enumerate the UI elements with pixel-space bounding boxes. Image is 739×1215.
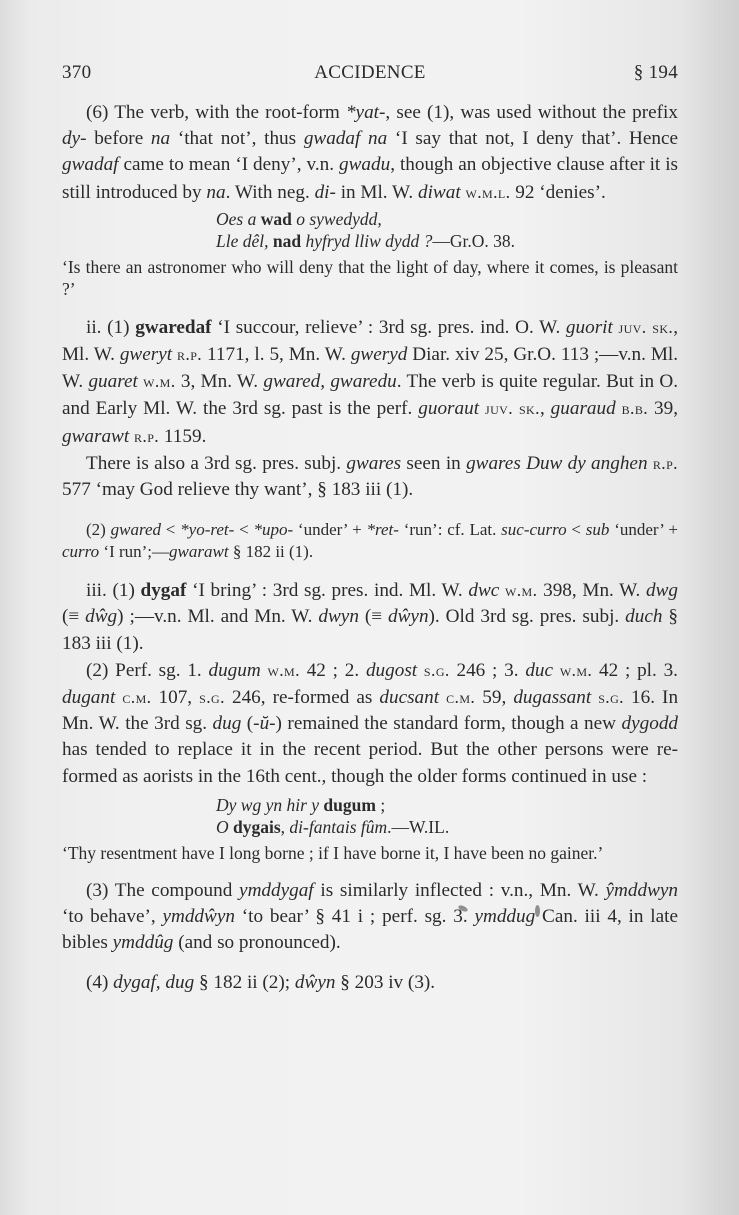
text-run: .—W.IL. <box>387 817 449 837</box>
text-run: 3, Mn. W. <box>176 371 264 392</box>
italic-term: ducsant <box>379 687 439 708</box>
italic-term: gwarawt <box>169 542 229 561</box>
italic-term: *upo- <box>253 520 293 539</box>
source-abbreviation: c.m. <box>439 687 475 707</box>
source-abbreviation: w.m. <box>553 660 592 680</box>
text-run: ‘to bear’ § 41 i ; perf. sg. 3. <box>235 906 475 927</box>
text-run: ‘I run’;— <box>99 542 169 561</box>
italic-term: di- <box>315 182 336 203</box>
text-run: 1159. <box>159 426 206 447</box>
section-iii-paragraph-1: iii. (1) dygaf ‘I bring’ : 3rd sg. pres.… <box>62 577 678 657</box>
italic-term: guoraut <box>418 398 479 419</box>
verse-line: O dygais, di-fantais fûm.—W.IL. <box>216 816 678 838</box>
italic-term: duc <box>525 660 553 681</box>
text-run: (≡ <box>62 606 85 627</box>
text-run: came to mean ‘I deny’, v.n. <box>119 154 339 175</box>
headword: gwaredaf <box>135 317 211 338</box>
verse-translation-2: ‘Thy resentment have I long borne ; if I… <box>62 842 678 864</box>
text-run: (4) <box>86 972 113 993</box>
text-run: (3) The compound <box>86 880 239 901</box>
text-run: < <box>161 520 180 539</box>
page-body: (6) The verb, with the root-form *yat-, … <box>62 100 678 997</box>
text-run: (2) <box>86 520 111 539</box>
italic-term: guaret <box>88 371 137 392</box>
italic-term: dwg <box>646 580 678 601</box>
text-run: . With neg. <box>226 182 315 203</box>
chapter-title: ACCIDENCE <box>62 62 678 84</box>
text-run: 398, Mn. W. <box>537 580 646 601</box>
text-run: 1171, l. 5, Mn. W. <box>202 344 351 365</box>
text-run: —Gr.O. 38. <box>432 231 515 251</box>
source-abbreviation: juv. sk. <box>613 317 673 337</box>
italic-term: ŭ <box>260 713 270 734</box>
italic-term: dygodd <box>622 713 679 734</box>
verse-quotation-2: Dy wg yn hir y dugum ; O dygais, di-fant… <box>216 794 678 838</box>
italic-term: ymddygaf <box>239 880 314 901</box>
italic-term: gwarawt <box>62 426 129 447</box>
text-run: There is also a 3rd sg. pres. subj. <box>86 453 346 474</box>
text-run: ‘I succour, relieve’ : 3rd sg. pres. ind… <box>212 317 566 338</box>
headword: dygais <box>233 817 281 837</box>
text-run: ‘I bring’ : 3rd sg. pres. ind. Ml. W. <box>186 580 468 601</box>
italic-term: gwadaf <box>62 154 119 175</box>
italic-term: ymddŵyn <box>162 906 234 927</box>
headword: dugum <box>323 795 376 815</box>
text-run: § 182 ii (1). <box>229 542 314 561</box>
verse-line: Oes a wad o sywedydd, <box>216 208 678 230</box>
section-iii-paragraph-4: (4) dygaf, dug § 182 ii (2); dŵyn § 203 … <box>62 970 678 996</box>
source-abbreviation: r.p. <box>129 426 159 446</box>
italic-term: gwadu <box>339 154 390 175</box>
italic-term: dwc <box>468 580 499 601</box>
italic-term: dugassant <box>513 687 591 708</box>
verse-quotation-1: Oes a wad o sywedydd, Lle dêl, nad hyfry… <box>216 208 678 252</box>
italic-term: na <box>151 128 170 149</box>
text-run: 42 ; 2. <box>300 660 366 681</box>
text-run: -) remained the standard form, though a … <box>269 713 621 734</box>
text-run: ‘under’ + <box>293 520 366 539</box>
italic-term: dugant <box>62 687 115 708</box>
italic-term: di-fantais fûm <box>289 817 387 837</box>
source-abbreviation: w.m. <box>499 580 537 600</box>
paragraph-6: (6) The verb, with the root-form *yat-, … <box>62 100 678 206</box>
italic-term: *yat- <box>346 102 385 123</box>
text-run: ; <box>376 795 385 815</box>
italic-term: dugost <box>366 660 417 681</box>
text-run: ‘to behave’, <box>62 906 162 927</box>
italic-term: gwared <box>111 520 161 539</box>
italic-term: dŵg <box>85 606 117 627</box>
italic-term: dŵyn <box>295 972 336 993</box>
italic-term: gwadaf na <box>304 128 387 149</box>
source-abbreviation: r.p. <box>648 453 678 473</box>
italic-term: O <box>216 817 233 837</box>
section-ii-paragraph-1: ii. (1) gwaredaf ‘I succour, relieve’ : … <box>62 314 678 450</box>
source-abbreviation: s.g. <box>417 660 450 680</box>
text-run: , <box>540 398 551 419</box>
italic-term: gweryd <box>351 344 408 365</box>
running-head: 370 ACCIDENCE § 194 <box>62 62 678 88</box>
italic-term: guorit <box>566 317 613 338</box>
verse-line: Lle dêl, nad hyfryd lliw dydd ?—Gr.O. 38… <box>216 230 678 252</box>
text-run: ‘run’: cf. Lat. <box>399 520 501 539</box>
text-run: seen in <box>401 453 466 474</box>
italic-term: ymddûg <box>113 932 174 953</box>
italic-term: suc-curro <box>501 520 566 539</box>
italic-term: dy- <box>62 128 87 149</box>
headword: dygaf <box>141 580 187 601</box>
italic-term: hyfryd lliw dydd ? <box>301 231 432 251</box>
italic-term: sub <box>586 520 610 539</box>
text-run: ). Old 3rd sg. pres. subj. <box>429 606 626 627</box>
text-run: 42 ; pl. 3. <box>592 660 678 681</box>
source-abbreviation: r.p. <box>172 344 202 364</box>
italic-term: *yo-ret- <box>180 520 234 539</box>
text-run: , see (1), was used without the prefix <box>385 102 678 123</box>
source-abbreviation: w.m. <box>138 371 176 391</box>
italic-term: *ret- <box>367 520 399 539</box>
text-run: < <box>567 520 586 539</box>
ink-blot <box>535 905 540 917</box>
italic-term: gweryt <box>120 344 172 365</box>
text-run: (- <box>241 713 259 734</box>
section-iii-paragraph-3: (3) The compound ymddygaf is similarly i… <box>62 878 678 957</box>
source-abbreviation: s.g. <box>591 687 624 707</box>
source-abbreviation: s.g. <box>199 687 225 707</box>
italic-term: dwyn <box>318 606 359 627</box>
text-run: has tended to replace it in the recent p… <box>62 739 678 786</box>
text-run: 107, <box>151 687 199 708</box>
italic-term: Oes a <box>216 209 261 229</box>
text-run: ‘under’ + <box>609 520 678 539</box>
text-run: (≡ <box>359 606 388 627</box>
source-abbreviation: b.b. <box>616 398 648 418</box>
italic-term: dugum <box>208 660 260 681</box>
source-abbreviation: c.m. <box>115 687 151 707</box>
text-run: ii. (1) <box>86 317 135 338</box>
text-run: (6) The verb, with the root-form <box>86 102 346 123</box>
text-run: < <box>234 520 253 539</box>
text-run: iii. (1) <box>86 580 141 601</box>
text-run: 92 ‘denies’. <box>510 182 605 203</box>
section-ii-paragraph-2: There is also a 3rd sg. pres. subj. gwar… <box>62 450 678 503</box>
italic-term: Lle dêl, <box>216 231 273 251</box>
text-run: ‘that not’, thus <box>170 128 304 149</box>
section-iii-paragraph-2: (2) Perf. sg. 1. dugum w.m. 42 ; 2. dugo… <box>62 657 678 790</box>
text-run: (2) Perf. sg. 1. <box>86 660 208 681</box>
text-run: ) ;—v.n. Ml. and Mn. W. <box>117 606 318 627</box>
text-run: § 203 iv (3). <box>335 972 435 993</box>
text-run: (and so pronounced). <box>173 932 340 953</box>
verse-line: Dy wg yn hir y dugum ; <box>216 794 678 816</box>
italic-term: ymddug <box>474 906 535 927</box>
italic-term: curro <box>62 542 99 561</box>
text-run: 246, re-formed as <box>225 687 379 708</box>
italic-term: gwared, gwaredu <box>263 371 396 392</box>
italic-term: dygaf, dug <box>113 972 194 993</box>
headword: wad <box>261 209 292 229</box>
text-run: 577 ‘may God relieve thy want’, § 183 ii… <box>62 479 413 500</box>
text-run: § 182 ii (2); <box>194 972 295 993</box>
headword: nad <box>273 231 301 251</box>
source-abbreviation: w.m.l. <box>461 182 511 202</box>
italic-term: o sywedydd, <box>292 209 382 229</box>
italic-term: dug <box>213 713 242 734</box>
source-abbreviation: w.m. <box>261 660 300 680</box>
italic-term: diwat <box>418 182 461 203</box>
italic-term: gwares Duw dy anghen <box>466 453 647 474</box>
text-run: is similarly inflected : v.n., Mn. W. <box>314 880 606 901</box>
italic-term: Dy wg yn hir y <box>216 795 323 815</box>
italic-term: na <box>206 182 225 203</box>
italic-term: gwares <box>346 453 401 474</box>
text-run: in Ml. W. <box>336 182 418 203</box>
italic-term: guaraud <box>551 398 616 419</box>
source-abbreviation: juv. sk. <box>479 398 540 418</box>
text-run: 59, <box>475 687 513 708</box>
text-run: before <box>87 128 151 149</box>
italic-term: ŷmddwyn <box>606 880 678 901</box>
text-run: ‘I say that not, I deny that’. Hence <box>387 128 678 149</box>
section-ii-etymology-note: (2) gwared < *yo-ret- < *upo- ‘under’ + … <box>62 519 678 563</box>
italic-term: dŵyn <box>388 606 429 627</box>
text-run: 39, <box>648 398 678 419</box>
italic-term: duch <box>625 606 662 627</box>
section-number: § 194 <box>634 62 678 84</box>
verse-translation-1: ‘Is there an astronomer who will deny th… <box>62 256 678 300</box>
text-run: 246 ; 3. <box>450 660 526 681</box>
